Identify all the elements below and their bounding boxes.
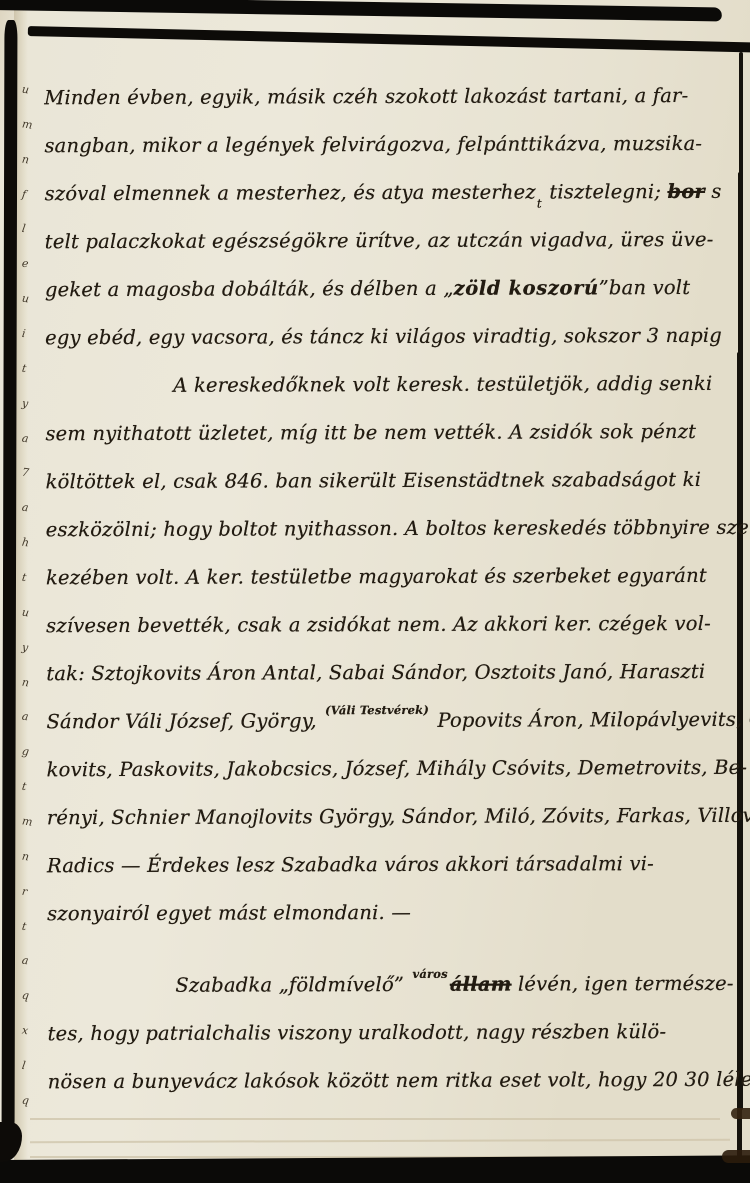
- manuscript-line: Sándor Váli József, György, (Váli Testvé…: [46, 697, 740, 747]
- ink-smudge-right: [731, 1108, 750, 1119]
- manuscript-line: rényi, Schnier Manojlovits György, Sándo…: [47, 793, 741, 843]
- text-segment: Sándor Váli József, György,: [46, 709, 323, 733]
- margin-fragment: u: [21, 293, 30, 305]
- margin-fragment: n: [21, 850, 30, 862]
- text-segment: Minden évben, egyik, másik czéh szokott …: [44, 84, 688, 109]
- manuscript-line: A kereskedőknek volt keresk. testületjök…: [45, 361, 739, 411]
- margin-fragment: t: [21, 920, 27, 932]
- text-segment: tes, hogy patrialchalis viszony uralkodo…: [48, 1020, 667, 1045]
- margin-fragment: q: [21, 990, 30, 1002]
- margin-fragment: t: [21, 572, 27, 584]
- text-segment: Popovits Áron, Milopávlyevits, Gyorsal-: [431, 707, 750, 731]
- margin-fragment: q: [21, 1094, 30, 1106]
- manuscript-line: sangban, mikor a legények felvirágozva, …: [44, 121, 738, 171]
- ink-smudge-right: [722, 1150, 750, 1163]
- manuscript-line: egy ebéd, egy vacsora, és táncz ki világ…: [45, 313, 739, 363]
- margin-fragment: n: [21, 676, 30, 688]
- manuscript-lines: Minden évben, egyik, másik czéh szokott …: [44, 73, 742, 1107]
- text-segment: tisztelegni;: [543, 180, 668, 203]
- text-segment: Radics — Érdekes lesz Szabadka város akk…: [47, 852, 654, 877]
- text-segment: tak: Sztojkovits Áron Antal, Sabai Sándo…: [46, 660, 705, 685]
- margin-fragment: l: [21, 1060, 26, 1071]
- text-segment: t: [537, 180, 542, 226]
- text-segment: rényi, Schnier Manojlovits György, Sándo…: [47, 804, 750, 829]
- margin-fragment: y: [21, 641, 29, 653]
- manuscript-line: szóval elmennek a mesterhez, és atya mes…: [45, 169, 739, 219]
- manuscript-line: Szabadka „földmívelő” városállam lévén, …: [47, 961, 741, 1011]
- manuscript-line: eszközölni; hogy boltot nyithasson. A bo…: [46, 505, 740, 555]
- margin-fragment: a: [21, 432, 29, 444]
- film-frame-bottom: [0, 1155, 750, 1183]
- margin-fragment: a: [21, 502, 29, 514]
- text-segment: lévén, igen természe-: [512, 972, 734, 996]
- text-segment: eszközölni; hogy boltot nyithasson. A bo…: [46, 516, 750, 542]
- text-segment: szonyairól egyet mást elmondani. —: [47, 901, 411, 925]
- margin-fragment: a: [21, 711, 29, 723]
- margin-fragment: t: [21, 363, 27, 375]
- text-segment: (Váli Testvérek): [325, 687, 429, 733]
- margin-fragment: n: [21, 153, 30, 165]
- text-segment: bor: [667, 180, 705, 203]
- text-segment: Szabadka „földmívelő”: [175, 973, 410, 997]
- manuscript-line: sem nyithatott üzletet, míg itt be nem v…: [45, 409, 739, 459]
- text-segment: szívesen bevették, csak a zsidókat nem. …: [46, 612, 711, 637]
- manuscript-line: telt palaczkokat egészségökre ürítve, az…: [45, 217, 739, 267]
- text-segment: zöld koszorú: [454, 276, 599, 300]
- text-segment: kezében volt. A ker. testületbe magyarok…: [46, 564, 707, 589]
- manuscript-line: Minden évben, egyik, másik czéh szokott …: [44, 73, 738, 123]
- text-segment: geket a magosba dobálták, és délben a „: [45, 277, 454, 301]
- manuscript-line: kovits, Paskovits, Jakobcsics, József, M…: [47, 745, 741, 795]
- text-segment: nösen a bunyevácz lakósok között nem rit…: [48, 1068, 750, 1094]
- text-segment: s: [705, 180, 722, 203]
- margin-fragment: y: [21, 397, 29, 409]
- text-segment: költöttek el, csak 846. ban sikerült Eis…: [46, 468, 702, 493]
- manuscript-line: Radics — Érdekes lesz Szabadka város akk…: [47, 841, 741, 891]
- margin-fragment: h: [21, 537, 30, 549]
- margin-fragment: m: [21, 815, 33, 827]
- manuscript-line: geket a magosba dobálták, és délben a „z…: [45, 265, 739, 315]
- manuscript-line: nösen a bunyevácz lakósok között nem rit…: [48, 1057, 742, 1107]
- text-segment: sangban, mikor a legények felvirágozva, …: [44, 132, 702, 157]
- margin-fragment: a: [21, 955, 29, 967]
- text-segment: kovits, Paskovits, Jakobcsics, József, M…: [47, 756, 748, 781]
- margin-fragment: 7: [21, 467, 29, 479]
- margin-fragments-column: umnfleuitya7ahtuynagtmnrtaqxlq: [22, 84, 42, 1106]
- manuscript-line: kezében volt. A ker. testületbe magyarok…: [46, 553, 740, 603]
- margin-fragment: u: [21, 606, 30, 618]
- text-segment: város: [412, 951, 448, 997]
- text-segment: telt palaczkokat egészségökre ürítve, az…: [45, 228, 714, 253]
- text-segment: sem nyithatott üzletet, míg itt be nem v…: [45, 420, 696, 445]
- text-segment: egy ebéd, egy vacsora, és táncz ki világ…: [45, 324, 722, 349]
- paper-scratch: [30, 1118, 720, 1120]
- manuscript-line: tes, hogy patrialchalis viszony uralkodo…: [47, 1009, 741, 1059]
- margin-fragment: m: [21, 118, 33, 130]
- margin-fragment: e: [21, 258, 29, 270]
- margin-fragment: x: [21, 1025, 29, 1037]
- manuscript-photo: umnfleuitya7ahtuynagtmnrtaqxlq Minden év…: [0, 0, 750, 1183]
- text-segment: állam: [450, 973, 512, 996]
- margin-fragment: i: [21, 328, 26, 339]
- manuscript-line: szívesen bevették, csak a zsidókat nem. …: [46, 601, 740, 651]
- margin-fragment: g: [21, 746, 30, 758]
- margin-fragment: u: [21, 84, 30, 96]
- margin-fragment: l: [21, 223, 26, 234]
- text-segment: szóval elmennek a mesterhez, és atya mes…: [45, 180, 536, 205]
- margin-fragment: f: [21, 188, 27, 199]
- manuscript-line: költöttek el, csak 846. ban sikerült Eis…: [46, 457, 740, 507]
- text-segment: ”ban volt: [599, 276, 691, 299]
- manuscript-line: szonyairól egyet mást elmondani. —: [47, 889, 741, 939]
- margin-fragment: t: [21, 781, 27, 793]
- text-segment: A kereskedőknek volt keresk. testületjök…: [173, 372, 712, 397]
- margin-fragment: r: [21, 885, 28, 897]
